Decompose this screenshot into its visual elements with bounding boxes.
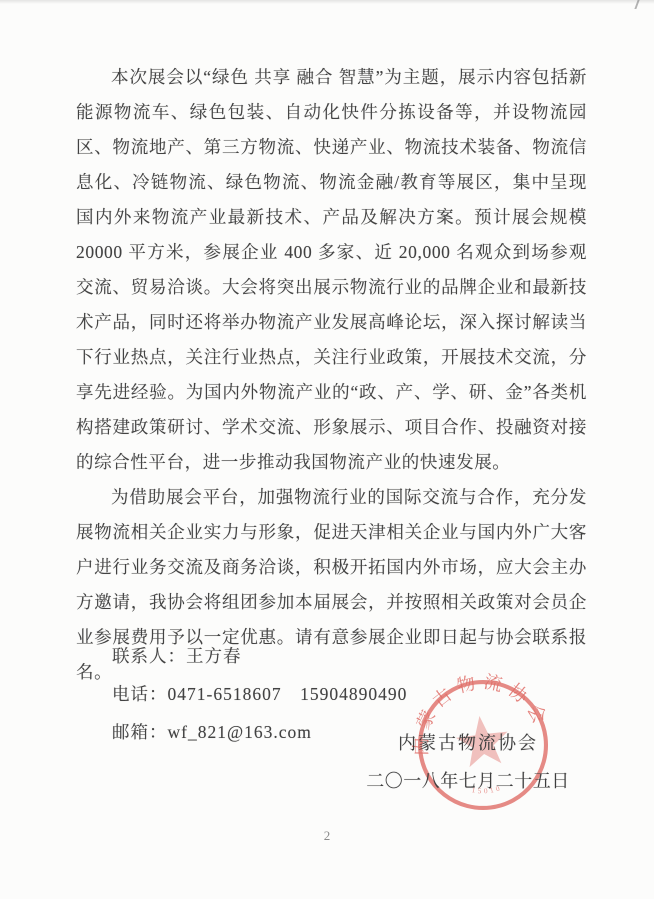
paragraph-exhibition-intro: 本次展会以“绿色 共享 融合 智慧”为主题，展示内容包括新能源物流车、绿色包装、… bbox=[76, 60, 587, 480]
contact-person: 联系人：王方春 bbox=[112, 637, 407, 675]
contact-phone: 电话：0471-6518607 15904890490 bbox=[112, 675, 407, 713]
document-page: 本次展会以“绿色 共享 融合 智慧”为主题，展示内容包括新能源物流车、绿色包装、… bbox=[0, 0, 654, 899]
signature-block: 内蒙古物流协会 二〇一八年七月二十五日 bbox=[348, 724, 588, 800]
scan-corner-artifact bbox=[627, 0, 639, 9]
page-number: 2 bbox=[0, 828, 654, 844]
letter-body: 本次展会以“绿色 共享 融合 智慧”为主题，展示内容包括新能源物流车、绿色包装、… bbox=[76, 60, 587, 690]
signature-date: 二〇一八年七月二十五日 bbox=[348, 762, 588, 800]
signature-org: 内蒙古物流协会 bbox=[348, 724, 588, 762]
